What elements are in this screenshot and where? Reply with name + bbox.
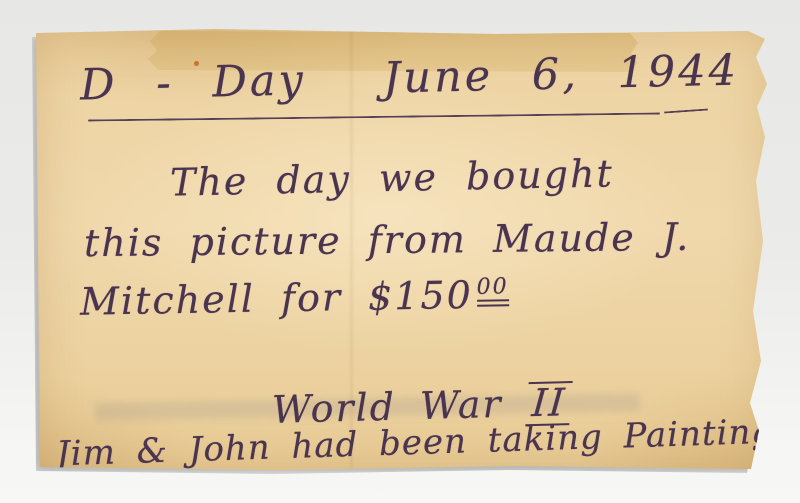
price-amount: 150: [394, 273, 473, 318]
heading-underline: [88, 113, 660, 122]
price-currency-sign: $: [368, 274, 395, 318]
mitchell-for-text: Mitchell for: [80, 275, 343, 324]
body-line-mitchell: Mitchell for$15000: [80, 272, 509, 323]
note-paper: D - Day June 6, 1944 The day we bought t…: [36, 29, 768, 470]
photo-of-handwritten-note: D - Day June 6, 1944 The day we bought t…: [0, 0, 800, 503]
price-cents-superscript: 00: [476, 276, 509, 307]
price: $15000: [368, 272, 509, 318]
body-line-bought: The day we bought: [170, 151, 615, 204]
body-line-picture: this picture from Maude J.: [84, 215, 691, 265]
heading-underline-dash: [664, 108, 708, 113]
